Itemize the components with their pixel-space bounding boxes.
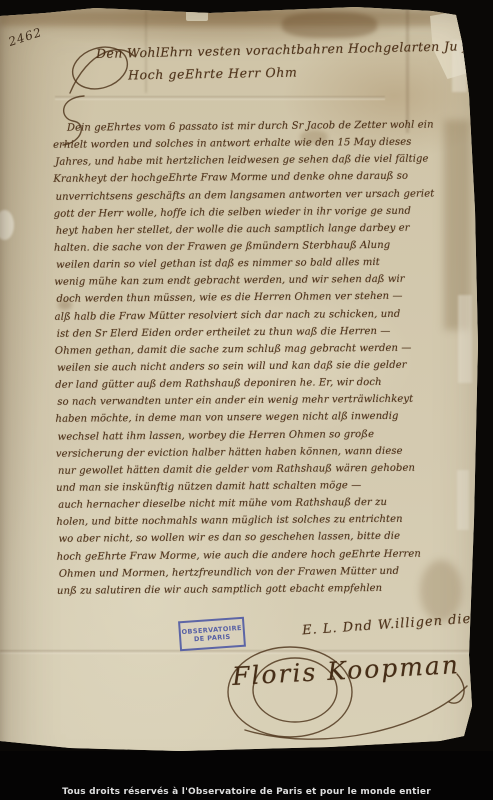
paper-stain: [0, 11, 470, 26]
salutation-line: Den WohlEhrn vesten vorachtbahren Hochge…: [96, 38, 476, 61]
caption-bar: Tous droits réservés à l'Observatoire de…: [0, 751, 493, 800]
torn-edge-patch: [186, 8, 208, 21]
paper-stain: [282, 12, 377, 38]
paper-crease: [406, 8, 409, 133]
copyright-caption: Tous droits réservés à l'Observatoire de…: [0, 787, 493, 797]
letter-body: Dein geEhrtes vom 6 passato ist mir durc…: [53, 119, 469, 603]
photo-stage: 2462 Den WohlEhrn vesten vorachtbahren H…: [0, 0, 493, 800]
manuscript-line: unß zu salutiren die wir auch samptlich …: [57, 582, 469, 603]
paper-damage-spot: [0, 210, 14, 240]
archive-number: 2462: [7, 25, 44, 49]
manuscript-page: 2462 Den WohlEhrn vesten vorachtbahren H…: [0, 0, 493, 800]
salutation-line: Hoch geEhrte Herr Ohm: [128, 65, 298, 83]
